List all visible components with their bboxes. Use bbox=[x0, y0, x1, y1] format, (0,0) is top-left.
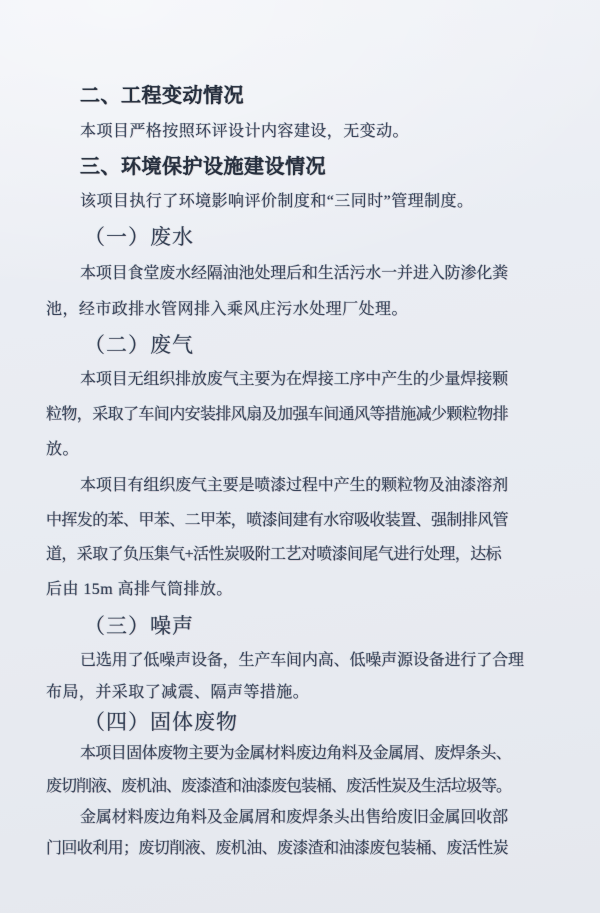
paragraph-line: 池，经市政排水管网排入乘风庄污水处理厂处理。 bbox=[46, 302, 408, 318]
heading-section-3-env-protection-facilities: 三、环境保护设施建设情况 bbox=[80, 157, 326, 177]
paragraph-line: 中挥发的苯、甲苯、二甲苯，喷漆间建有水帘吸收装置、强制排风管 bbox=[46, 513, 508, 529]
paragraph-line: 本项目固体废物主要为金属材料废边角料及金属屑、废焊条头、 bbox=[80, 746, 511, 762]
paragraph-line: 金属材料废边角料及金属屑和废焊条头出售给废旧金属回收部 bbox=[80, 810, 508, 826]
paragraph-line: 本项目无组织排放废气主要为在焊接工序中产生的少量焊接颗 bbox=[80, 372, 508, 388]
paragraph-line: 放。 bbox=[46, 442, 79, 458]
heading-section-2-project-changes: 二、工程变动情况 bbox=[80, 86, 244, 106]
paragraph-line: 本项目食堂废水经隔油池处理后和生活污水一并进入防渗化粪 bbox=[80, 266, 508, 282]
paragraph-line: 本项目有组织废气主要是喷漆过程中产生的颗粒物及油漆溶剂 bbox=[80, 478, 508, 494]
subheading-2-waste-gas: （二）废气 bbox=[84, 335, 194, 356]
paragraph-line: 粒物，采取了车间内安装排风扇及加强车间通风等措施减少颗粒物排 bbox=[46, 407, 508, 423]
paragraph-line: 门回收利用；废切削液、废机油、废漆渣和油漆废包装桶、废活性炭 bbox=[46, 841, 508, 857]
subheading-3-noise: （三）噪声 bbox=[84, 616, 194, 637]
subheading-1-wastewater: （一）废水 bbox=[84, 227, 194, 248]
paragraph-line: 道，采取了负压集气+活性炭吸附工艺对喷漆间尾气进行处理，达标 bbox=[46, 547, 501, 563]
subheading-4-solid-waste: （四）固体废物 bbox=[84, 712, 238, 733]
paragraph-line: 废切削液、废机油、废漆渣和油漆废包装桶、废活性炭及生活垃圾等。 bbox=[46, 779, 511, 795]
scanned-document-page: 二、工程变动情况 本项目严格按照环评设计内容建设，无变动。 三、环境保护设施建设… bbox=[0, 0, 600, 913]
paragraph-line: 后由 15m 高排气筒排放。 bbox=[46, 582, 233, 598]
paragraph-line: 已选用了低噪声设备，生产车间内高、低噪声源设备进行了合理 bbox=[80, 653, 524, 669]
paragraph-line: 本项目严格按照环评设计内容建设，无变动。 bbox=[80, 124, 409, 140]
paragraph-line: 该项目执行了环境影响评价制度和“三同时”管理制度。 bbox=[80, 194, 473, 210]
paragraph-line: 布局，并采取了减震、隔声等措施。 bbox=[46, 685, 309, 701]
